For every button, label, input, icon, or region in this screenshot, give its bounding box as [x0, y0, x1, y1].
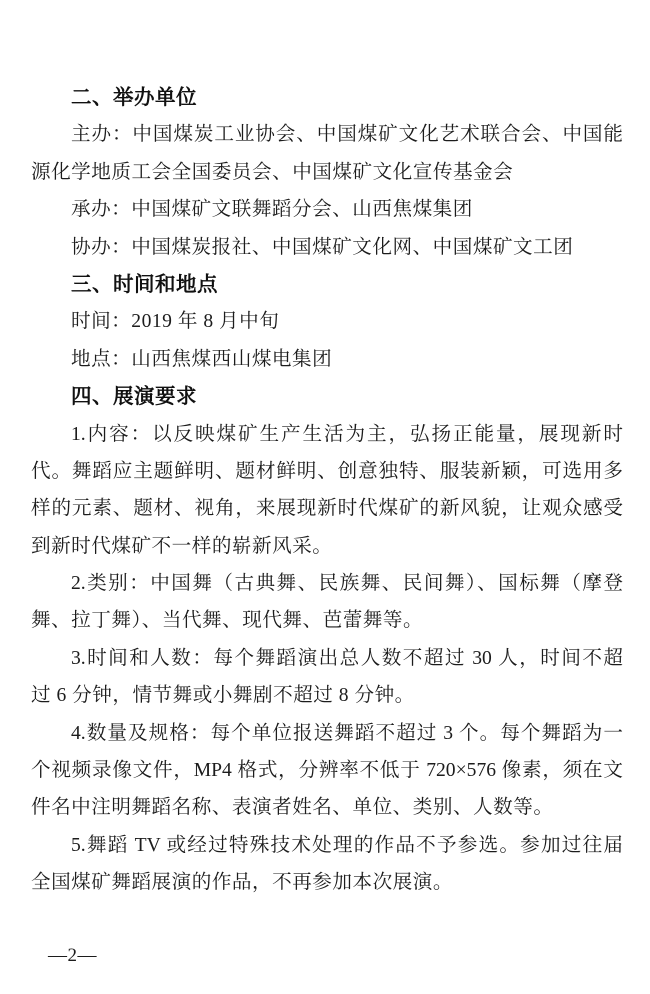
- doc-line-item4-a: 4.数量及规格：每个单位报送舞蹈不超过 3 个。每个舞蹈为一: [31, 715, 623, 752]
- doc-line-item2-b: 舞、拉丁舞）、当代舞、现代舞、芭蕾舞等。: [31, 602, 623, 639]
- doc-line-hosts-cont: 源化学地质工会全国委员会、中国煤矿文化宣传基金会: [31, 154, 623, 191]
- doc-line-hosts: 主办：中国煤炭工业协会、中国煤矿文化艺术联合会、中国能: [31, 116, 623, 153]
- doc-line-item3-a: 3.时间和人数：每个舞蹈演出总人数不超过 30 人，时间不超: [31, 640, 623, 677]
- doc-line-item5-a: 5.舞蹈 TV 或经过特殊技术处理的作品不予参选。参加过往届: [31, 827, 623, 864]
- doc-line-item1-d: 到新时代煤矿不一样的崭新风采。: [31, 528, 623, 565]
- heading-organizers: 二、举办单位: [31, 79, 623, 116]
- doc-line-item2-a: 2.类别：中国舞（古典舞、民族舞、民间舞）、国标舞（摩登: [31, 565, 623, 602]
- doc-line-coorganizer: 协办：中国煤炭报社、中国煤矿文化网、中国煤矿文工团: [31, 229, 623, 266]
- document-page: 二、举办单位 主办：中国煤炭工业协会、中国煤矿文化艺术联合会、中国能 源化学地质…: [0, 0, 650, 994]
- doc-line-item3-b: 过 6 分钟，情节舞或小舞剧不超过 8 分钟。: [31, 677, 623, 714]
- document-body: 二、举办单位 主办：中国煤炭工业协会、中国煤矿文化艺术联合会、中国能 源化学地质…: [31, 79, 623, 902]
- doc-line-item5-b: 全国煤矿舞蹈展演的作品，不再参加本次展演。: [31, 864, 623, 901]
- page-number: —2—: [48, 944, 97, 968]
- doc-line-item4-b: 个视频录像文件，MP4 格式，分辨率不低于 720×576 像素，须在文: [31, 752, 623, 789]
- doc-line-item1-c: 样的元素、题材、视角，来展现新时代煤矿的新风貌，让观众感受: [31, 490, 623, 527]
- heading-time-place: 三、时间和地点: [31, 266, 623, 303]
- heading-requirements: 四、展演要求: [31, 378, 623, 415]
- doc-line-item4-c: 件名中注明舞蹈名称、表演者姓名、单位、类别、人数等。: [31, 789, 623, 826]
- doc-line-item1-b: 代。舞蹈应主题鲜明、题材鲜明、创意独特、服装新颖，可选用多: [31, 453, 623, 490]
- doc-line-place: 地点：山西焦煤西山煤电集团: [31, 341, 623, 378]
- doc-line-time: 时间：2019 年 8 月中旬: [31, 303, 623, 340]
- doc-line-undertaker: 承办：中国煤矿文联舞蹈分会、山西焦煤集团: [31, 191, 623, 228]
- doc-line-item1-a: 1.内容：以反映煤矿生产生活为主，弘扬正能量，展现新时: [31, 416, 623, 453]
